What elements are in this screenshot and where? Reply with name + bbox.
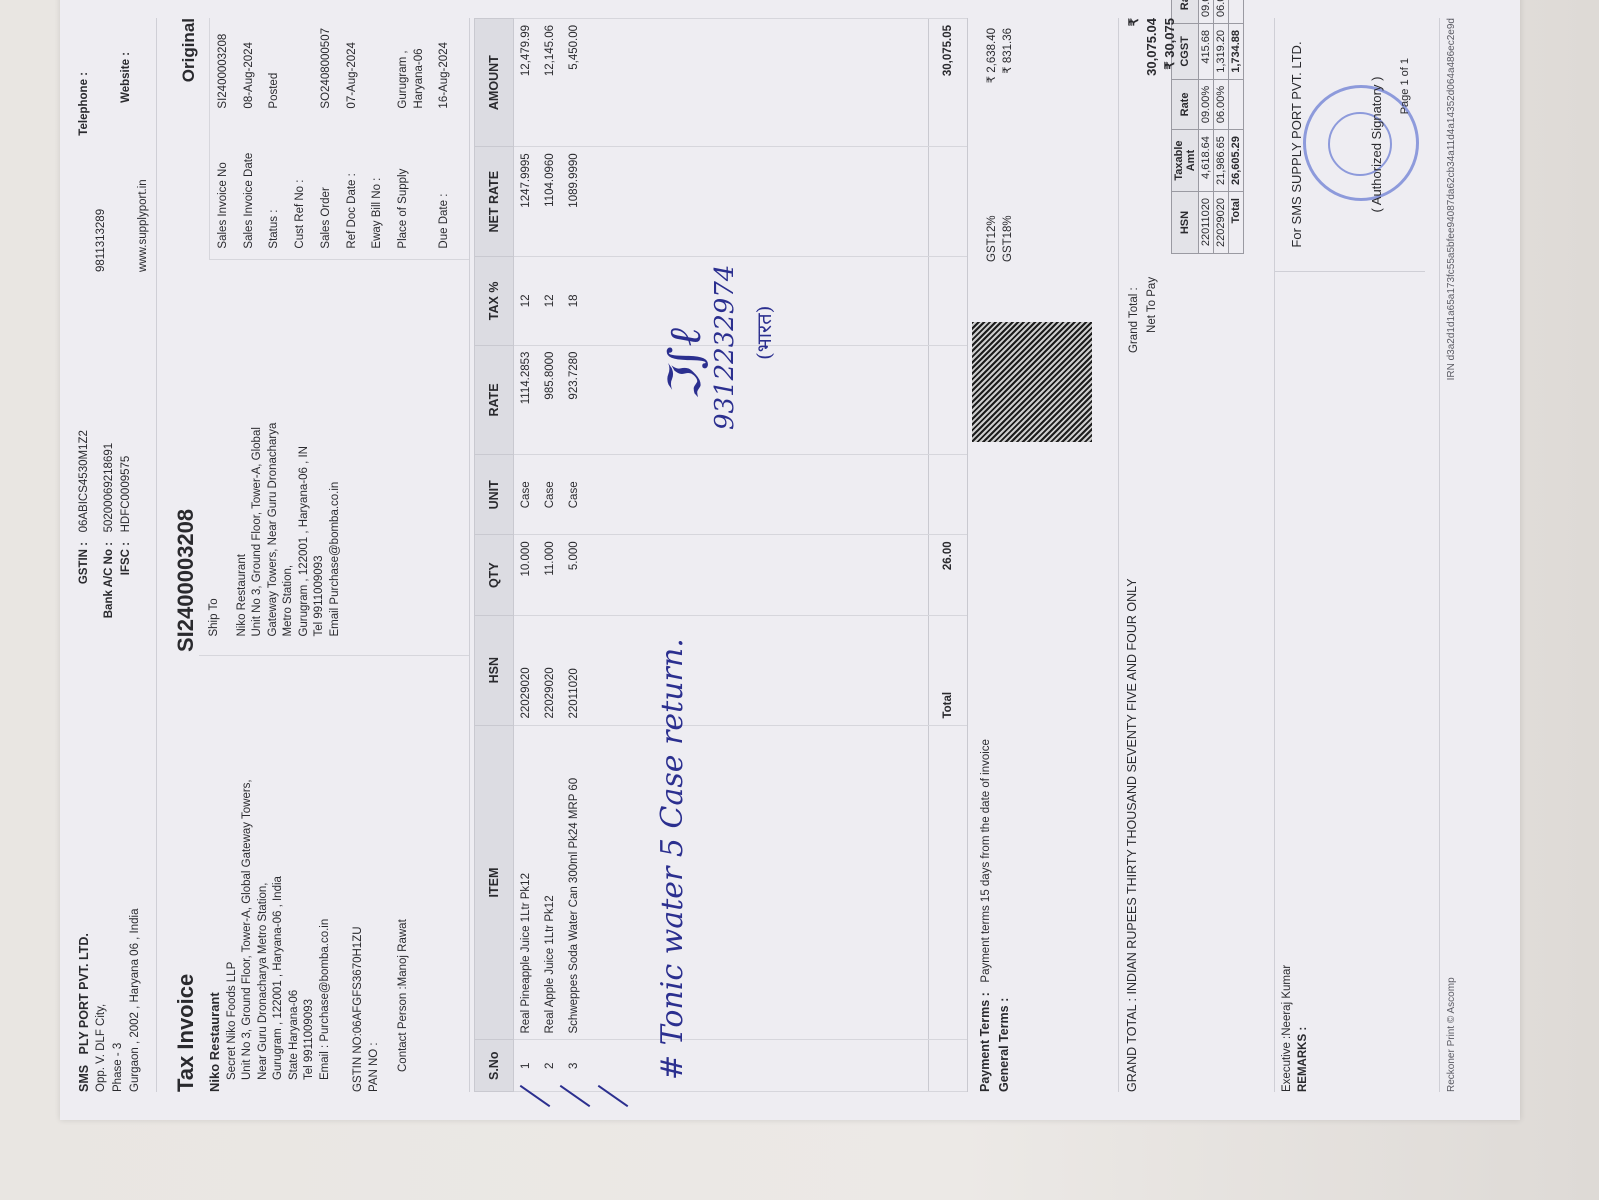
payment-terms-label: Payment Terms :: [978, 992, 992, 1092]
bank-account: 50200069218691: [103, 443, 115, 533]
authorized-signatory: ( Authorized Signatory ): [1369, 18, 1384, 271]
seller-address-line: Opp. V. DLF City,: [93, 652, 110, 1092]
cell-rate: 985.8000: [538, 345, 562, 455]
hsn-total-cell: [1229, 79, 1244, 129]
bill-to-state: State Haryana-06: [287, 656, 303, 1080]
gstin-label: GSTIN :: [76, 542, 93, 652]
meta-value: 16-Aug-2024: [437, 28, 463, 109]
payment-terms-text: Payment terms 15 days from the date of i…: [980, 739, 992, 983]
ship-to-address-line: Metro Station,: [281, 260, 297, 637]
table-row: 2Real Apple Juice 1Ltr Pk122202902011.00…: [538, 19, 562, 1092]
hsn-total-cell: [1229, 0, 1244, 23]
table-row: 1Real Pineapple Juice 1Ltr Pk12220290201…: [514, 19, 539, 1092]
hsn-total-cell: 26,605.29: [1229, 130, 1244, 192]
bill-to-pan: PAN NO :: [367, 656, 383, 1092]
items-total-row: Total26.0030,075.05: [929, 19, 968, 1092]
column-header: TAX %: [475, 257, 514, 345]
meta-label: Place of Supply: [396, 109, 437, 249]
total-cell: Total: [929, 615, 968, 725]
meta-label: Eway Bill No :: [370, 109, 396, 249]
column-header: RATE: [475, 345, 514, 455]
hsn-tax-table: HSNTaxable AmtRateCGSTRateSGSTRateCESSTo…: [1171, 0, 1244, 254]
handwritten-phone-note: 9312232974: [710, 265, 740, 430]
ifsc-label: IFSC :: [118, 542, 135, 652]
items-table: S.NoITEMHSNQTYUNITRATETAX %NET RATEAMOUN…: [474, 18, 968, 1092]
ship-to-address-line: Unit No 3, Ground Floor, Tower-A, Global: [250, 260, 266, 637]
handwritten-return-note: # Tonic water 5 Case return.: [655, 638, 690, 1080]
ship-to-heading: Ship To: [207, 260, 223, 637]
total-cell: 26.00: [929, 535, 968, 616]
hsn-column-header: HSN: [1172, 192, 1199, 254]
meta-label: Cust Ref No :: [293, 109, 319, 249]
invoice-number: SI2400003208: [173, 82, 199, 652]
hsn-row: 220110204,618.6409.00%415.6809.00%415.68…: [1199, 0, 1214, 254]
invoice-meta: Sales Invoice NoSI2400003208Sales Invoic…: [209, 18, 469, 260]
handwritten-hindi-note: (भारत): [750, 306, 777, 360]
cell-tax: 12: [538, 257, 562, 345]
ship-to: Ship To Niko Restaurant Unit No 3, Groun…: [199, 260, 469, 656]
gst-summary-label: GST18%: [1000, 215, 1016, 262]
ship-to-address-line: Gurugram , 122001 , Haryana-06 , IN: [297, 260, 313, 637]
contact-person: Contact Person :Manoj Rawat: [396, 656, 412, 1092]
meta-value: SI2400003208: [216, 28, 242, 109]
net-to-pay-label: Net To Pay: [1143, 76, 1161, 353]
table-row: 3Schweppes Soda Water Can 300ml Pk24 MRP…: [562, 19, 586, 1092]
cell-qty: 11.000: [538, 535, 562, 616]
cell-tax: 12: [514, 257, 539, 345]
hsn-cell: 09.00%: [1199, 79, 1214, 129]
cell-net-rate: 1089.9990: [562, 147, 586, 257]
meta-value: 07-Aug-2024: [345, 28, 371, 109]
cell-tax: 18: [562, 257, 586, 345]
cell-sno: 1: [514, 1040, 539, 1092]
bill-to: Niko Restaurant Secret Niko Foods LLP Un…: [199, 656, 469, 1092]
cell-amount: 5,450.00: [562, 19, 586, 147]
meta-value: 08-Aug-2024: [242, 28, 268, 109]
meta-label: Status :: [267, 109, 293, 249]
bill-to-name: Niko Restaurant: [207, 656, 223, 1092]
bill-to-address-line: Unit No 3, Ground Floor, Tower-A, Global…: [240, 656, 256, 1080]
hsn-cell: 22011020: [1199, 192, 1214, 254]
ship-to-tel: Tel 9911009093: [312, 260, 328, 637]
total-cell: 30,075.05: [929, 19, 968, 147]
cell-unit: Case: [514, 455, 539, 535]
print-credit: Reckoner Print © Ascomp: [1446, 977, 1457, 1092]
column-header: QTY: [475, 535, 514, 616]
document-title: Tax Invoice: [173, 652, 199, 1092]
hsn-cell: 4,618.64: [1199, 130, 1214, 192]
hsn-total-cell: Total: [1229, 192, 1244, 254]
handwritten-signature-icon: ℑ∫ℓ: [660, 328, 711, 400]
hsn-cell: 1,319.20: [1214, 23, 1229, 79]
grand-total-words: GRAND TOTAL : INDIAN RUPEES THIRTY THOUS…: [1125, 353, 1139, 1092]
cell-hsn: 22029020: [538, 615, 562, 725]
general-terms-label: General Terms :: [997, 998, 1011, 1092]
cell-qty: 10.000: [514, 535, 539, 616]
signature-block: For SMS SUPPLY PORT PVT. LTD. ( Authoriz…: [1275, 18, 1425, 271]
grand-total-label: Grand Total :: [1125, 76, 1143, 353]
seller-name: PLY PORT PVT. LTD.: [77, 933, 91, 1054]
page-number: Page 1 of 1: [1399, 58, 1411, 114]
meta-value: [370, 28, 396, 109]
seller-address-line: Phase - 3: [110, 652, 127, 1092]
column-header: ITEM: [475, 725, 514, 1040]
for-company: For SMS SUPPLY PORT PVT. LTD.: [1289, 18, 1304, 271]
column-header: HSN: [475, 615, 514, 725]
hsn-row: 2202902021,986.6506.00%1,319.2006.00%1,3…: [1214, 0, 1229, 254]
gst-summary-label: GST12%: [984, 215, 1000, 262]
hsn-total-row: Total26,605.291,734.881,734.8800.003,469…: [1229, 0, 1244, 254]
column-header: NET RATE: [475, 147, 514, 257]
gst-summary-value: ₹ 831.36: [1000, 28, 1016, 83]
cell-hsn: 22029020: [514, 615, 539, 725]
website-label: Website :: [118, 52, 135, 272]
telephone-label: Telephone :: [76, 72, 93, 272]
bill-to-tel: Tel 9911009093: [302, 656, 318, 1080]
meta-value: SO2408000507: [319, 28, 345, 109]
hsn-cell: 22029020: [1214, 192, 1229, 254]
meta-label: Sales Invoice No: [216, 109, 242, 249]
cell-net-rate: 1104.0960: [538, 147, 562, 257]
seller-address-line: Gurgaon , 2002 , Haryana 06 , India: [127, 652, 144, 1092]
meta-value: Gurugram , Haryana-06: [396, 28, 437, 109]
bill-to-gstin: GSTIN NO:06AFGFS3670H1ZU: [351, 656, 367, 1092]
cell-rate: 923.7280: [562, 345, 586, 455]
bill-to-company: Secret Niko Foods LLP: [225, 656, 241, 1080]
hsn-cell: 06.00%: [1214, 79, 1229, 129]
meta-label: Sales Invoice Date: [242, 109, 268, 249]
executive: Executive :Neeraj Kumar: [1279, 272, 1295, 1092]
grand-total-value: ₹ 30,075.04: [1125, 18, 1161, 76]
meta-value: [293, 28, 319, 109]
hsn-column-header: Rate: [1172, 79, 1199, 129]
bill-to-email: Email : Purchase@bomba.co.in: [318, 656, 334, 1080]
bank-label: Bank A/C No :: [101, 542, 118, 652]
qr-code: [972, 322, 1092, 442]
seller-header: SMS PLY PORT PVT. LTD. Opp. V. DLF City,…: [76, 18, 157, 1092]
meta-label: Sales Order: [319, 109, 345, 249]
hsn-cell: 09.00%: [1199, 0, 1214, 23]
column-header: UNIT: [475, 455, 514, 535]
column-header: AMOUNT: [475, 19, 514, 147]
hsn-total-cell: 1,734.88: [1229, 23, 1244, 79]
bill-to-address-line: Near Guru Dronacharya Metro Station,: [256, 656, 272, 1080]
meta-label: Due Date :: [437, 109, 463, 249]
cell-unit: Case: [562, 455, 586, 535]
copy-type: Original: [179, 18, 199, 82]
cell-sno: 2: [538, 1040, 562, 1092]
cell-qty: 5.000: [562, 535, 586, 616]
ship-to-address-line: Gateway Towers, Near Guru Dronacharya: [266, 260, 282, 637]
hsn-column-header: Taxable Amt: [1172, 130, 1199, 192]
ship-to-name: Niko Restaurant: [235, 260, 251, 637]
cell-item: Real Apple Juice 1Ltr Pk12: [538, 725, 562, 1040]
meta-value: Posted: [267, 28, 293, 109]
cell-sno: 3: [562, 1040, 586, 1092]
cell-unit: Case: [538, 455, 562, 535]
column-header: S.No: [475, 1040, 514, 1092]
cell-item: Real Pineapple Juice 1Ltr Pk12: [514, 725, 539, 1040]
cell-amount: 12,479.99: [514, 19, 539, 147]
ship-to-email: Email Purchase@bomba.co.in: [328, 260, 344, 637]
meta-label: Ref Doc Date :: [345, 109, 371, 249]
hsn-cell: 21,986.65: [1214, 130, 1229, 192]
invoice-paper: SMS PLY PORT PVT. LTD. Opp. V. DLF City,…: [60, 0, 1520, 1120]
ifsc-code: HDFC0009575: [120, 456, 132, 533]
bill-to-address-line: Gurugram , 122001 , Haryana-06 , India: [271, 656, 287, 1080]
seller-prefix: SMS: [77, 1065, 91, 1092]
cell-amount: 12,145.06: [538, 19, 562, 147]
website: www.supplyport.in: [137, 179, 149, 272]
gst-summary-value: ₹ 2,638.40: [984, 28, 1000, 83]
telephone: 9811313289: [95, 209, 107, 272]
seller-gstin: 06ABICS4530M1Z2: [78, 430, 90, 532]
hsn-cell: 06.00%: [1214, 0, 1229, 23]
net-to-pay-value: ₹ 30,075: [1161, 18, 1179, 76]
remarks-label: REMARKS :: [1295, 272, 1311, 1092]
cell-rate: 1114.2853: [514, 345, 539, 455]
cell-hsn: 22011020: [562, 615, 586, 725]
cell-item: Schweppes Soda Water Can 300ml Pk24 MRP …: [562, 725, 586, 1040]
gst-summary: GST12% GST18% ₹ 2,638.40 ₹ 831.36: [968, 18, 1118, 292]
hsn-cell: 415.68: [1199, 23, 1214, 79]
cell-net-rate: 1247.9995: [514, 147, 539, 257]
irn-number: IRN d3a2d1d1a65a173fc55a5bfee94087da62cb…: [1446, 18, 1457, 380]
